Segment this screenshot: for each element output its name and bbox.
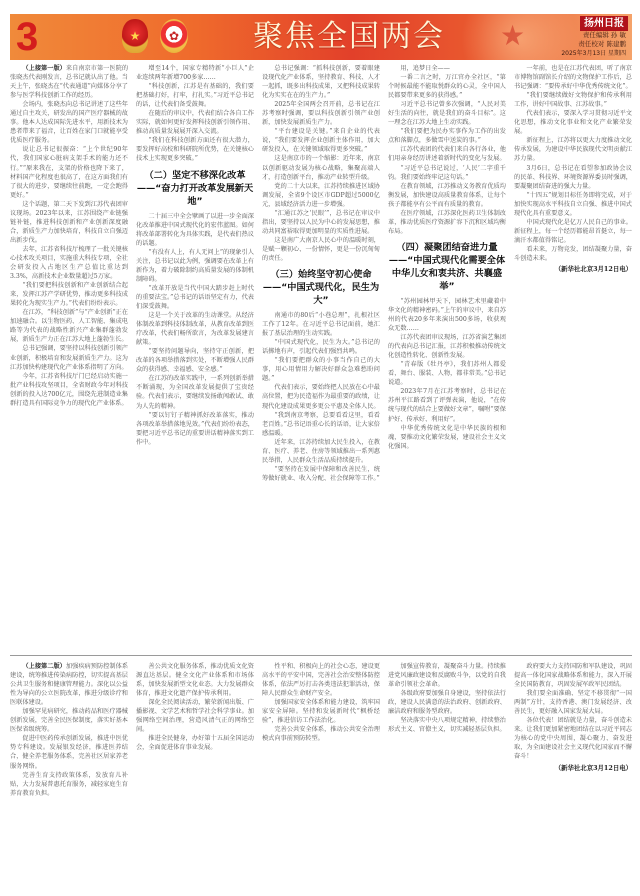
- article-paragraph: 代表们表示，要始终把人民放在心中最高位置，把为民造福作为最重要的政绩，让现代化建…: [262, 383, 380, 410]
- article-paragraph: 促进中医药传承创新发展，推进中医优势专科建设。发展银发经济，推进医养结合，健全养…: [10, 734, 128, 770]
- article-paragraph: 我们要全面准确、坚定不移贯彻“一国两制”方针，支持香港、澳门发展经济、改善民生，…: [514, 689, 632, 716]
- paragraph-text: 我们要全面准确、坚定不移贯彻“一国两制”方针，支持香港、澳门发展经济、改善民生，…: [514, 690, 632, 715]
- article-paragraph: （上接第二版）加强疾病预防控制体系建设，统筹推进传染病防控，切实提高基层公共卫生…: [10, 662, 128, 707]
- paragraph-text: 这是南京市的一个缩影：近年来，南京以创新驱动发展为核心战略，集聚高端人才，打造创…: [262, 155, 380, 180]
- paragraph-text: “十四五”规划目标任务即将完成，对于加快实现高水平科技自立自强、推进中国式现代化…: [514, 192, 632, 217]
- proof-name: 陈建鹏: [607, 40, 627, 48]
- paragraph-text: “汇通江苏之‘民眼’”，总书记在审议中指出，要坚持以人民为中心的发展思想，推动共…: [262, 210, 380, 235]
- section-subheading: （三）始终坚守初心使命——“中国式现代化，民生为大”: [262, 268, 380, 307]
- article-paragraph: 习近平总书记曾多次强调，“人民对美好生活的向往，就是我们的奋斗目标”。这一理念在…: [388, 100, 506, 127]
- paragraph-text: 一番二言之时，万江官办全社区，“第个时候最能不能取悦群众的心灵，全中国人民都要带…: [388, 74, 506, 99]
- section-divider: [10, 655, 632, 656]
- article-paragraph: 推进全民健身，办好第十五届全国运动会，全面促进体育事业发展。: [136, 734, 254, 752]
- paragraph-text: “苏州园林甲天下，园林艺术里藏着中华文化的精神密码。”上午的审议中，来自苏州的代…: [388, 298, 506, 332]
- article-paragraph: 近年来，江苏持续加大民生投入，在教育、医疗、养老、住房等领域推出一系列惠民举措，…: [262, 438, 380, 465]
- paragraph-text: 在江苏，“科技创新”与“产业创新”正在加速融合。以生物医药、人工智能、集成电路等…: [10, 309, 128, 343]
- paragraph-text: “中国式现代化，民生为大。”总书记的话掷地有声，引起代表们强烈共鸣。: [262, 339, 380, 355]
- article-paragraph: 在江苏，“科技创新”与“产业创新”正在加速融合。以生物医药、人工智能、集成电路等…: [10, 308, 128, 344]
- editor-credits: 责任编辑 孙 敏 责任校对 陈建鹏 2025年3月13日 星期四: [561, 31, 626, 58]
- paragraph-text: 党的二十大以来，江苏持续推进区域协调发展，全省9个设区市GDP超过5000亿元，…: [262, 183, 380, 208]
- article-paragraph: 政府要大力支持国防和军队建设，巩固提高一体化国家战略体系和能力，深入开展全民国防…: [514, 662, 632, 689]
- paragraph-text: “习近平总书记说过，‘人民’二字重千钧。我们要始终牢记这句话。”: [388, 165, 506, 181]
- paragraph-text: 增至14个，国家专精特新“小巨人”企业连续两年新增700多家……: [136, 65, 254, 81]
- article-paragraph: 中华优秀传统文化是中华民族的根和魂，要推动文化繁荣发展，建设社会主义文化强国。: [388, 424, 506, 451]
- paper-logo: 扬州日报: [580, 16, 628, 31]
- article-paragraph: 善公共文化服务体系，推动优质文化资源直达基层。健全文化产业体系和市场体系，加快发…: [136, 662, 254, 698]
- article-paragraph: 增至14个，国家专精特新“小巨人”企业连续两年新增700多家……: [136, 64, 254, 82]
- paragraph-text: 2023年7月在江苏考察时，总书记在苏州平江路看到了评弹表演，他说，“在传统与现…: [388, 388, 506, 422]
- article-paragraph: 这是一个关于改革的生动课堂。从经济体制改革到科技体制改革，从教育改革到医疗改革，…: [136, 311, 254, 347]
- paragraph-text: 一年前，也是在江苏代表团，听了南京市博物馆副馆长介绍的文物保护工作后，总书记强调…: [514, 65, 632, 90]
- article-paragraph: “我们要把群众的小事当作自己的大事，用心用情用力解决好群众急难愁盼问题。”: [262, 356, 380, 383]
- proof-label: 责任校对: [578, 40, 604, 48]
- article-paragraph: 在教育领域，江苏推动义务教育优质均衡发展，加快建设高质量教育体系，让每个孩子都能…: [388, 182, 506, 209]
- article-paragraph: 说让总书记很振奋：“上个世纪90年代，我们国家心脏病支架手术的能力还不行。”“原…: [10, 145, 128, 199]
- article-paragraph: 2023年7月在江苏考察时，总书记在苏州平江路看到了评弹表演，他说，“在传统与现…: [388, 387, 506, 423]
- bottom-column-5: 政府要大力支持国防和军队建设，巩固提高一体化国家战略体系和能力，深入开展全民国防…: [514, 662, 632, 888]
- paragraph-text: “我们要把科技创新和产业创新结合起来，发挥江苏产学研优势，推动更多科技成果转化为…: [10, 282, 128, 307]
- article-paragraph: 在江苏的改革实践中，一系列创新举措不断涌现，为全国改革发展提供了宝贵经验。代表们…: [136, 374, 254, 410]
- top-column-5: 一年前，也是在江苏代表团，听了南京市博物馆副馆长介绍的文物保护工作后，总书记强调…: [514, 64, 632, 649]
- paragraph-text: 总书记强调：“抓科技创新，要着眼建设现代化产业体系，坚持教育、科技、人才一起抓，…: [262, 65, 380, 99]
- top-column-3: 总书记强调：“抓科技创新，要着眼建设现代化产业体系，坚持教育、科技、人才一起抓，…: [262, 64, 380, 649]
- paragraph-text: 完善公共安全体系，推动公共安全治理模式向事前预防转型。: [262, 726, 380, 742]
- article-paragraph: 二十届三中全会擘画了以进一步全面深化改革推进中国式现代化的宏伟蓝图。如何将改革部…: [136, 212, 254, 248]
- article-paragraph: “中国式现代化，民生为大。”总书记的话掷地有声，引起代表们强烈共鸣。: [262, 338, 380, 356]
- article-paragraph: 江苏代表团审议现场，江苏省演艺集团的代表向总书记汇报，江苏积极推动传统文化创造性…: [388, 333, 506, 360]
- article-paragraph: 2025年全国两会召开前，总书记在江苏考察时强调，要以科技创新引领产业创新，加快…: [262, 100, 380, 127]
- article-paragraph: “平台建设是关键。”来自企业的代表说，“我们要发挥企业创新主体作用，加大研发投入…: [262, 127, 380, 154]
- article-paragraph: “要坚持问题导向，坚持守正创新，把改革的各项举措落到实处，不断增强人民群众的获得…: [136, 347, 254, 374]
- paragraph-text: “我们在科技创新方面还有很大潜力，要发挥好高校和科研院所优势，在关键核心技术上实…: [136, 137, 254, 162]
- paragraph-text: “平台建设是关键。”来自企业的代表说，“我们要发挥企业创新主体作用，加大研发投入…: [262, 128, 380, 153]
- paragraph-text: 南通市的80后“小巷总理”，扎根社区工作了12年。在习近平总书记面前，她汇报了基…: [262, 312, 380, 337]
- paragraph-text: 在随后的审议中，代表们结合各自工作实际，就如何更好发挥科技创新引领作用、推动高质…: [136, 110, 254, 135]
- issue-date: 2025年3月13日 星期四: [561, 49, 626, 58]
- article-paragraph: 性平和、积极向上的社会心态，建设更高水平的平安中国，完善社会治安整体防控体系，依…: [262, 662, 380, 698]
- paragraph-text: 这是南广大南京人民心中的温暖时刻，是赋一颗初心、一份情怀，更是一份沉甸甸的责任。: [262, 237, 380, 262]
- paragraph-text: 江苏代表团的代表们来自各行各业，他们用亲身经历讲述着新时代的变化与发展。: [388, 146, 506, 162]
- article-paragraph: 去年，江苏省科技厅梳理了一批关键核心技术攻关项目，实施重大科技专项，全社会研发投…: [10, 245, 128, 281]
- paragraph-text: 各级政府要加强自身建设，坚持依法行政，建设人民满意的法治政府、创新政府、廉洁政府…: [388, 690, 506, 715]
- article-paragraph: 中国式现代化是亿万人民自己的事业。新征程上，每一个经历都能昂首挺立，每一滴汗水都…: [514, 218, 632, 245]
- top-column-2: 增至14个，国家专精特新“小巨人”企业连续两年新增700多家……“科技创新，江苏…: [136, 64, 254, 649]
- bottom-column-4: 加强宣传教育，凝聚奋斗力量。持续推进党风廉政建设和反腐败斗争，以党的自我革命引领…: [388, 662, 506, 888]
- paragraph-text: 促进中医药传承创新发展，推进中医优势专科建设。发展银发经济，推进医养结合，健全养…: [10, 735, 128, 769]
- paragraph-text: 政府要大力支持国防和军队建设，巩固提高一体化国家战略体系和能力，深入开展全民国防…: [514, 663, 632, 688]
- paragraph-text: 看未来，万物竞发，团结凝聚力量，奋斗创造未来。: [514, 246, 632, 262]
- paragraph-text: 江苏代表团审议现场，江苏省演艺集团的代表向总书记汇报，江苏积极推动传统文化创造性…: [388, 334, 506, 359]
- paragraph-text: 在江苏的改革实践中，一系列创新举措不断涌现，为全国改革发展提供了宝贵经验。代表们…: [136, 375, 254, 409]
- article-paragraph: “习近平总书记说过，‘人民’二字重千钧。我们要始终牢记这句话。”: [388, 164, 506, 182]
- paragraph-text: 总书记强调，要坚持以科技创新引领产业创新，积极培育和发展新质生产力。这为江苏加快…: [10, 345, 128, 370]
- bottom-column-3: 性平和、积极向上的社会心态，建设更高水平的平安中国，完善社会治安整体防控体系，依…: [262, 662, 380, 888]
- editor-name: 孙 敏: [611, 31, 626, 39]
- article-paragraph: 会场内，张晓杰向总书记讲述了这些年通过自主攻关，研发出的国产医疗器械的故事。他本…: [10, 100, 128, 145]
- paragraph-text: 在教育领域，江苏推动义务教育优质均衡发展，加快建设高质量教育体系，让每个孩子都能…: [388, 183, 506, 208]
- article-paragraph: 坚决落实中央八项规定精神，持续整治形式主义、官僚主义，切实减轻基层负担。: [388, 716, 506, 734]
- article-paragraph: 代表们表示，要深入学习贯彻习近平文化思想，推动文化事业和文化产业繁荣发展。: [514, 109, 632, 136]
- paragraph-text: “有没有人上，有人无问上”的现象引人关注，总书记以此为例，强调要在改革上有新作为…: [136, 249, 254, 283]
- paragraph-text: 各位代表！团结就是力量，奋斗创造未来。让我们更加紧密地团结在以习近平同志为核心的…: [514, 717, 632, 760]
- paragraph-text: “我们要把群众的小事当作自己的大事，用心用情用力解决好群众急难愁盼问题。”: [262, 357, 380, 382]
- paragraph-text: 今年，江苏省科技厅门已经启动实施一批产业科技攻坚项目，全省财政今年对科技创新的投…: [10, 373, 128, 407]
- paragraph-text: 这个话题，第二天下发到江苏代表团审议现场。2023年以来，江苏围绕产业链强链补链…: [10, 201, 128, 244]
- paragraph-text: 用，追梦日全——: [400, 65, 450, 72]
- article-paragraph: 一年前，也是在江苏代表团，听了南京市博物馆副馆长介绍的文物保护工作后，总书记强调…: [514, 64, 632, 91]
- article-paragraph: 在医疗领域，江苏深化医药卫生体制改革，推动优质医疗资源扩容下沉和区域均衡布局。: [388, 209, 506, 236]
- article-paragraph: “汇通江苏之‘民眼’”，总书记在审议中指出，要坚持以人民为中心的发展思想，推动共…: [262, 209, 380, 236]
- page-number: 3: [16, 16, 37, 58]
- article-paragraph: “有没有人上，有人无问上”的现象引人关注，总书记以此为例，强调要在改革上有新作为…: [136, 248, 254, 284]
- article-paragraph: 在随后的审议中，代表们结合各自工作实际，就如何更好发挥科技创新引领作用、推动高质…: [136, 109, 254, 136]
- paragraph-text: 加强宣传教育，凝聚奋斗力量。持续推进党风廉政建设和反腐败斗争，以党的自我革命引领…: [388, 663, 506, 688]
- article-paragraph: 一番二言之时，万江官办全社区，“第个时候最能不能取悦群众的心灵，全中国人民都要带…: [388, 73, 506, 100]
- article-paragraph: “我们要继续做好文物保护和传承利用工作，讲好中国故事、江苏故事。”: [514, 91, 632, 109]
- article-paragraph: 这个话题，第二天下发到江苏代表团审议现场。2023年以来，江苏围绕产业链强链补链…: [10, 200, 128, 245]
- bottom-column-1: （上接第二版）加强疾病预防控制体系建设，统筹推进传染病防控，切实提高基层公共卫生…: [10, 662, 128, 888]
- article-paragraph: 3月6日，总书记在看望参加政协会议的民革、科技界、环境资源界委员时强调，要凝聚团…: [514, 164, 632, 191]
- paragraph-text: 坚决落实中央八项规定精神，持续整治形式主义、官僚主义，切实减轻基层负担。: [388, 717, 506, 733]
- section-banner: ★ 3 ★ ✿ 聚焦全国两会 扬州日报 责任编辑 孙 敏 责任校对 陈建鹏 20…: [10, 14, 632, 60]
- article-byline: （新华社北京3月12日电）: [514, 764, 632, 773]
- article-paragraph: 用，追梦日全——: [388, 64, 506, 73]
- article-paragraph: （上接第一版）来自南京市第一医院的张晓杰代表刚发言，总书记就认出了他。当天上午，…: [10, 64, 128, 100]
- paragraph-text: “要坚持在发展中保障和改善民生，统筹做好就业、收入分配、社会保障等工作。”: [262, 466, 380, 482]
- article-paragraph: 党的二十大以来，江苏持续推进区域协调发展，全省9个设区市GDP超过5000亿元，…: [262, 182, 380, 209]
- paragraph-text: 加强罕见病研究，推动药品和医疗器械创新发展，完善全民医保制度，落实好基本医保省级…: [10, 708, 128, 733]
- article-paragraph: 各级政府要加强自身建设，坚持依法行政，建设人民满意的法治政府、创新政府、廉洁政府…: [388, 689, 506, 716]
- article-paragraph: “要坚持在发展中保障和改善民生，统筹做好就业、收入分配、社会保障等工作。”: [262, 465, 380, 483]
- editor-label: 责任编辑: [583, 31, 609, 39]
- article-paragraph: 新征程上，江苏将以更大力度推动文化传承发展，为建设中华民族现代文明贡献江苏力量。: [514, 136, 632, 163]
- paragraph-text: 完善生育支持政策体系，发放育儿补贴，大力发展普惠托育服务，减轻家庭生育养育教育负…: [10, 772, 128, 797]
- paragraph-text: 新征程上，江苏将以更大力度推动文化传承发展，为建设中华民族现代文明贡献江苏力量。: [514, 137, 632, 162]
- article-paragraph: “十四五”规划目标任务即将完成，对于加快实现高水平科技自立自强、推进中国式现代化…: [514, 191, 632, 218]
- paragraph-text: “科技创新，江苏是有基础的，我们要把基础打好，打牢，打扎实。”习近平总书记的话，…: [136, 83, 254, 108]
- article-paragraph: 加强国家安全体系和能力建设，筑牢国家安全屏障。坚持和发展新时代“枫桥经验”，推进…: [262, 698, 380, 725]
- article-paragraph: “要以钉钉子精神抓好改革落实，推动各项改革举措落地见效。”代表们纷纷表态，要把习…: [136, 411, 254, 447]
- section-title: 聚焦全国两会: [253, 17, 445, 57]
- article-paragraph: “苏州园林甲天下，园林艺术里藏着中华文化的精神密码。”上午的审议中，来自苏州的代…: [388, 297, 506, 333]
- article-byline: （新华社北京3月12日电）: [514, 265, 632, 274]
- paragraph-text: 说让总书记很振奋：“上个世纪90年代，我们国家心脏病支架手术的能力还不行。”“原…: [10, 146, 128, 198]
- paragraph-text: 会场内，张晓杰向总书记讲述了这些年通过自主攻关，研发出的国产医疗器械的故事。他本…: [10, 101, 128, 144]
- article-paragraph: 各位代表！团结就是力量，奋斗创造未来。让我们更加紧密地团结在以习近平同志为核心的…: [514, 716, 632, 761]
- paragraph-text: 这是一个关于改革的生动课堂。从经济体制改革到科技体制改革，从教育改革到医疗改革，…: [136, 312, 254, 346]
- paragraph-text: 善公共文化服务体系，推动优质文化资源直达基层。健全文化产业体系和市场体系，加快发…: [136, 663, 254, 697]
- paragraph-text: 在医疗领域，江苏深化医药卫生体制改革，推动优质医疗资源扩容下沉和区域均衡布局。: [388, 210, 506, 235]
- article-paragraph: 完善生育支持政策体系，发放育儿补贴，大力发展普惠托育服务，减轻家庭生育养育教育负…: [10, 771, 128, 798]
- article-paragraph: 加强罕见病研究，推动药品和医疗器械创新发展，完善全民医保制度，落实好基本医保省级…: [10, 707, 128, 734]
- article-paragraph: “科技创新，江苏是有基础的，我们要把基础打好，打牢，打扎实。”习近平总书记的话，…: [136, 82, 254, 109]
- bottom-article: （上接第二版）加强疾病预防控制体系建设，统筹推进传染病防控，切实提高基层公共卫生…: [10, 662, 632, 888]
- article-paragraph: 今年，江苏省科技厅门已经启动实施一批产业科技攻坚项目，全省财政今年对科技创新的投…: [10, 372, 128, 408]
- article-paragraph: “青春版《牡丹亭》，我们苏州人都爱看，舞台、服装、人物，都非常美。”总书记说道。: [388, 360, 506, 387]
- article-paragraph: “我们要把科技创新和产业创新结合起来，发挥江苏产学研优势，推动更多科技成果转化为…: [10, 281, 128, 308]
- paragraph-text: 代表们表示，要深入学习贯彻习近平文化思想，推动文化事业和文化产业繁荣发展。: [514, 110, 632, 135]
- article-paragraph: 这是南京市的一个缩影：近年来，南京以创新驱动发展为核心战略，集聚高端人才，打造创…: [262, 154, 380, 181]
- paragraph-text: 推进全民健身，办好第十五届全国运动会，全面促进体育事业发展。: [136, 735, 254, 751]
- paragraph-text: 3月6日，总书记在看望参加政协会议的民革、科技界、环境资源界委员时强调，要凝聚团…: [514, 165, 632, 190]
- cppcc-emblem-icon: ✿: [160, 19, 188, 53]
- article-paragraph: 南通市的80后“小巷总理”，扎根社区工作了12年。在习近平总书记面前，她汇报了基…: [262, 311, 380, 338]
- top-column-4: 用，追梦日全——一番二言之时，万江官办全社区，“第个时候最能不能取悦群众的心灵，…: [388, 64, 506, 649]
- paragraph-text: 加强国家安全体系和能力建设，筑牢国家安全屏障。坚持和发展新时代“枫桥经验”，推进…: [262, 699, 380, 724]
- article-paragraph: 看未来，万物竞发，团结凝聚力量，奋斗创造未来。: [514, 245, 632, 263]
- paragraph-text: “我到南京考察，总要看看这里，看看老百姓。”总书记语重心长的话语，让大家倍感温暖…: [262, 412, 380, 437]
- article-paragraph: “我们在科技创新方面还有很大潜力，要发挥好高校和科研院所优势，在关键核心技术上实…: [136, 136, 254, 163]
- paragraph-text: 中华优秀传统文化是中华民族的根和魂，要推动文化繁荣发展，建设社会主义文化强国。: [388, 425, 506, 450]
- article-paragraph: 总书记强调：“抓科技创新，要着眼建设现代化产业体系，坚持教育、科技、人才一起抓，…: [262, 64, 380, 100]
- article-paragraph: 江苏代表团的代表们来自各行各业，他们用亲身经历讲述着新时代的变化与发展。: [388, 145, 506, 163]
- paragraph-text: “我们要把为民办实事作为工作的出发点和落脚点，多做雪中送炭的事。”: [388, 128, 506, 144]
- paragraph-text: “青春版《牡丹亭》，我们苏州人都爱看，舞台、服装、人物，都非常美。”总书记说道。: [388, 361, 506, 386]
- paragraph-text: 深化全民阅读活动，繁荣新闻出版、广播影视、文学艺术和哲学社会科学事业。加强网络空…: [136, 699, 254, 733]
- article-paragraph: 完善公共安全体系，推动公共安全治理模式向事前预防转型。: [262, 725, 380, 743]
- article-paragraph: “我到南京考察，总要看看这里，看看老百姓。”总书记语重心长的话语，让大家倍感温暖…: [262, 411, 380, 438]
- article-paragraph: 这是南广大南京人民心中的温暖时刻，是赋一颗初心、一份情怀，更是一份沉甸甸的责任。: [262, 236, 380, 263]
- article-paragraph: “改革开放是当代中国大踏步赶上时代的重要法宝。”总书记的话语坚定有力，代表们深受…: [136, 284, 254, 311]
- paragraph-text: 近年来，江苏持续加大民生投入，在教育、医疗、养老、住房等领域推出一系列惠民举措，…: [262, 439, 380, 464]
- section-subheading: （四）凝聚团结奋进力量——“中国式现代化需要全体中华儿女和衷共济、共襄盛举”: [388, 241, 506, 293]
- star-icon: ★: [500, 22, 525, 50]
- paragraph-text: 习近平总书记曾多次强调，“人民对美好生活的向往，就是我们的奋斗目标”。这一理念在…: [388, 101, 506, 126]
- paragraph-text: “要以钉钉子精神抓好改革落实，推动各项改革举措落地见效。”代表们纷纷表态，要把习…: [136, 412, 254, 446]
- paragraph-text: “要坚持问题导向，坚持守正创新，把改革的各项举措落到实处，不断增强人民群众的获得…: [136, 348, 254, 373]
- continuation-lead: （上接第二版）: [22, 663, 66, 670]
- paragraph-text: 代表们表示，要始终把人民放在心中最高位置，把为民造福作为最重要的政绩，让现代化建…: [262, 384, 380, 409]
- paragraph-text: “我们要继续做好文物保护和传承利用工作，讲好中国故事、江苏故事。”: [514, 92, 632, 108]
- paragraph-text: 2025年全国两会召开前，总书记在江苏考察时强调，要以科技创新引领产业创新，加快…: [262, 101, 380, 126]
- paragraph-text: 二十届三中全会擘画了以进一步全面深化改革推进中国式现代化的宏伟蓝图。如何将改革部…: [136, 213, 254, 247]
- paragraph-text: 去年，江苏省科技厅梳理了一批关键核心技术攻关项目，实施重大科技专项，全社会研发投…: [10, 246, 128, 280]
- article-paragraph: 总书记强调，要坚持以科技创新引领产业创新，积极培育和发展新质生产力。这为江苏加快…: [10, 344, 128, 371]
- bottom-column-2: 善公共文化服务体系，推动优质文化资源直达基层。健全文化产业体系和市场体系，加快发…: [136, 662, 254, 888]
- section-subheading: （二）坚定不移深化改革——“奋力打开改革发展新天地”: [136, 169, 254, 208]
- article-paragraph: 深化全民阅读活动，繁荣新闻出版、广播影视、文学艺术和哲学社会科学事业。加强网络空…: [136, 698, 254, 734]
- paragraph-text: “改革开放是当代中国大踏步赶上时代的重要法宝。”总书记的话语坚定有力，代表们深受…: [136, 285, 254, 310]
- article-paragraph: 加强宣传教育，凝聚奋斗力量。持续推进党风廉政建设和反腐败斗争，以党的自我革命引领…: [388, 662, 506, 689]
- continuation-lead: （上接第一版）: [22, 65, 66, 72]
- top-article: （上接第一版）来自南京市第一医院的张晓杰代表刚发言，总书记就认出了他。当天上午，…: [10, 64, 632, 649]
- article-paragraph: “我们要把为民办实事作为工作的出发点和落脚点，多做雪中送炭的事。”: [388, 127, 506, 145]
- paragraph-text: 中国式现代化是亿万人民自己的事业。新征程上，每一个经历都能昂首挺立，每一滴汗水都…: [514, 219, 632, 244]
- national-emblem-icon: ★: [122, 19, 148, 53]
- top-column-1: （上接第一版）来自南京市第一医院的张晓杰代表刚发言，总书记就认出了他。当天上午，…: [10, 64, 128, 649]
- paragraph-text: 性平和、积极向上的社会心态，建设更高水平的平安中国，完善社会治安整体防控体系，依…: [262, 663, 380, 697]
